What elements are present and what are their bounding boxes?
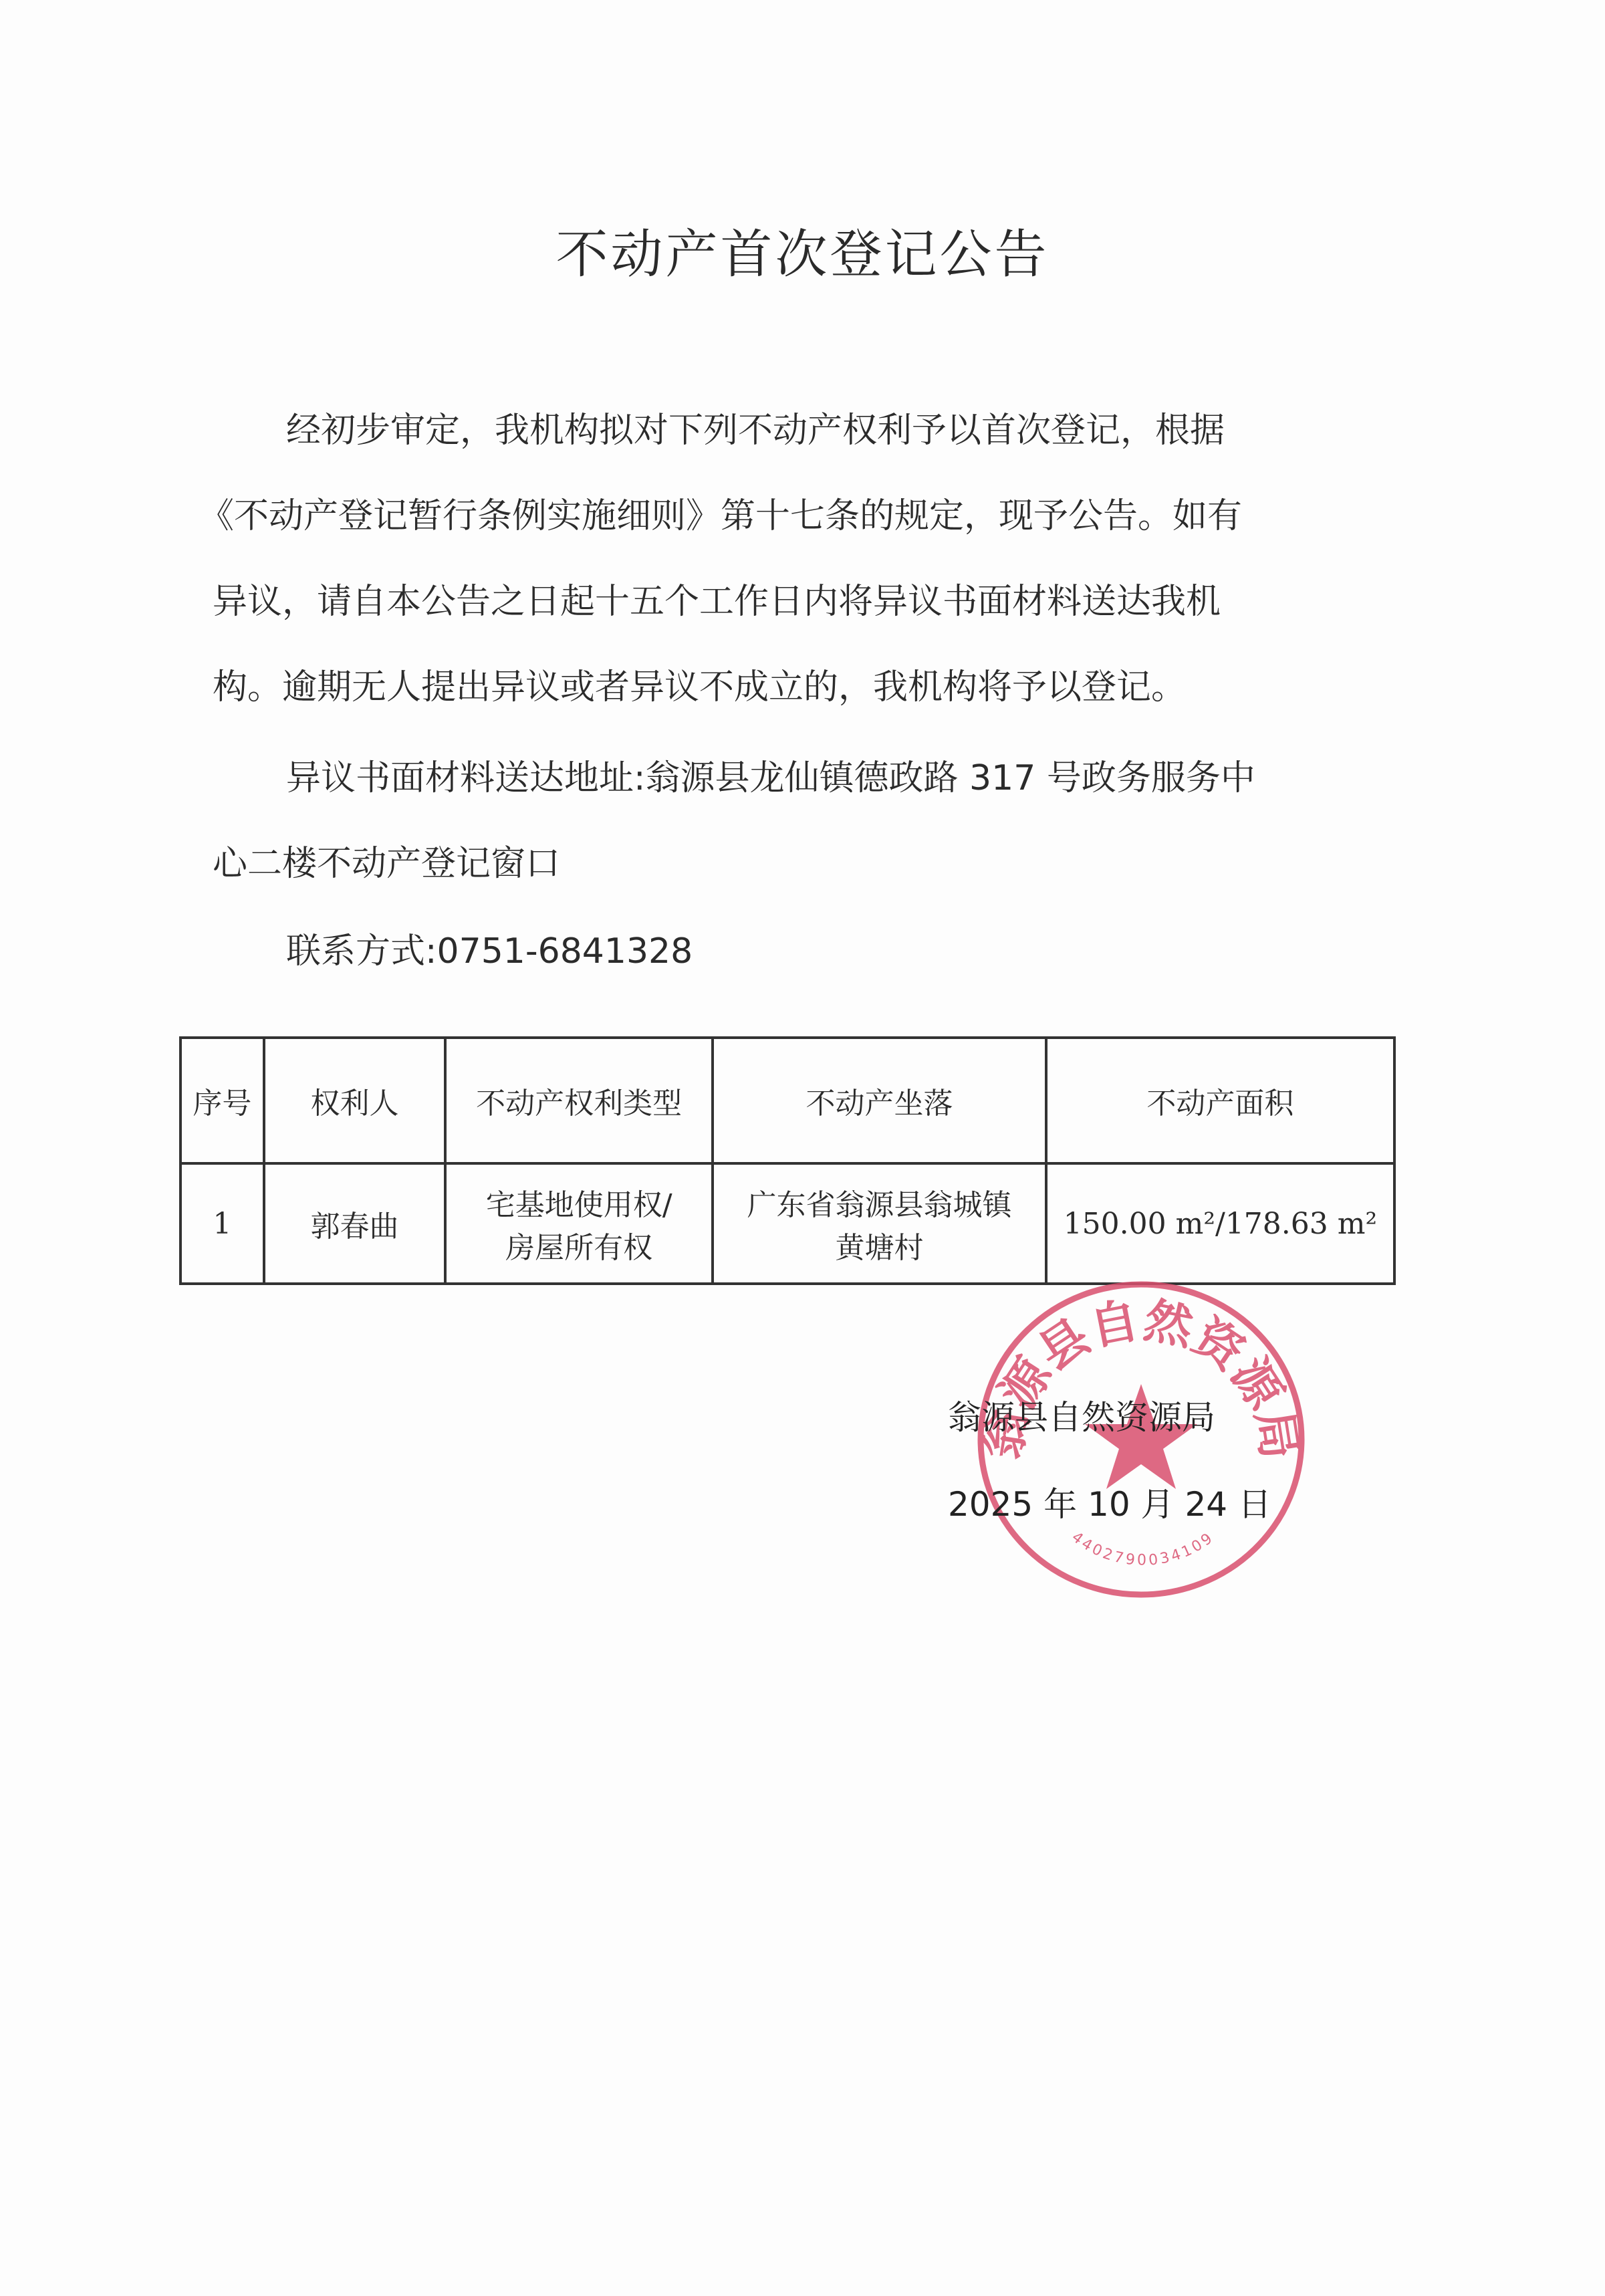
address-section: 异议书面材料送达地址:翁源县龙仙镇德政路 317 号政务服务中 心二楼不动产登记…: [213, 735, 1362, 907]
cell-area: 150.00 m²/178.63 m²: [1046, 1163, 1394, 1284]
page-title: 不动产首次登记公告: [0, 213, 1605, 288]
address-line-1: 异议书面材料送达地址:翁源县龙仙镇德政路 317 号政务服务中: [213, 735, 1362, 821]
official-seal-icon: 翁源县自然资源局 4402790034109: [966, 1274, 1314, 1608]
header-location: 不动产坐落: [713, 1038, 1046, 1163]
body-line-4: 构。逾期无人提出异议或者异议不成立的，我机构将予以登记。: [213, 645, 1362, 730]
contact-info: 联系方式:0751-6841328: [286, 923, 693, 973]
body-line-1: 经初步审定，我机构拟对下列不动产权利予以首次登记，根据: [213, 388, 1362, 473]
cell-location: 广东省翁源县翁城镇 黄塘村: [713, 1163, 1046, 1284]
issue-date: 2025 年 10 月 24 日: [948, 1478, 1271, 1526]
cell-index: 1: [180, 1163, 264, 1284]
body-line-2: 《不动产登记暂行条例实施细则》第十七条的规定，现予公告。如有: [199, 473, 1362, 559]
cell-right-type: 宅基地使用权/ 房屋所有权: [445, 1163, 713, 1284]
header-owner: 权利人: [264, 1038, 445, 1163]
header-right-type: 不动产权利类型: [445, 1038, 713, 1163]
cell-owner: 郭春曲: [264, 1163, 445, 1284]
registration-table: 序号 权利人 不动产权利类型 不动产坐落 不动产面积 1 郭春曲 宅基地使用权/…: [179, 1036, 1396, 1285]
notice-body: 经初步审定，我机构拟对下列不动产权利予以首次登记，根据 《不动产登记暂行条例实施…: [213, 388, 1362, 730]
address-line-2: 心二楼不动产登记窗口: [213, 821, 1362, 907]
header-index: 序号: [180, 1038, 264, 1163]
table-header-row: 序号 权利人 不动产权利类型 不动产坐落 不动产面积: [180, 1038, 1394, 1163]
issuer-name: 翁源县自然资源局: [948, 1391, 1215, 1439]
svg-text:4402790034109: 4402790034109: [1068, 1529, 1217, 1569]
table-row: 1 郭春曲 宅基地使用权/ 房屋所有权 广东省翁源县翁城镇 黄塘村 150.00…: [180, 1163, 1394, 1284]
body-line-3: 异议，请自本公告之日起十五个工作日内将异议书面材料送达我机: [213, 559, 1362, 645]
header-area: 不动产面积: [1046, 1038, 1394, 1163]
